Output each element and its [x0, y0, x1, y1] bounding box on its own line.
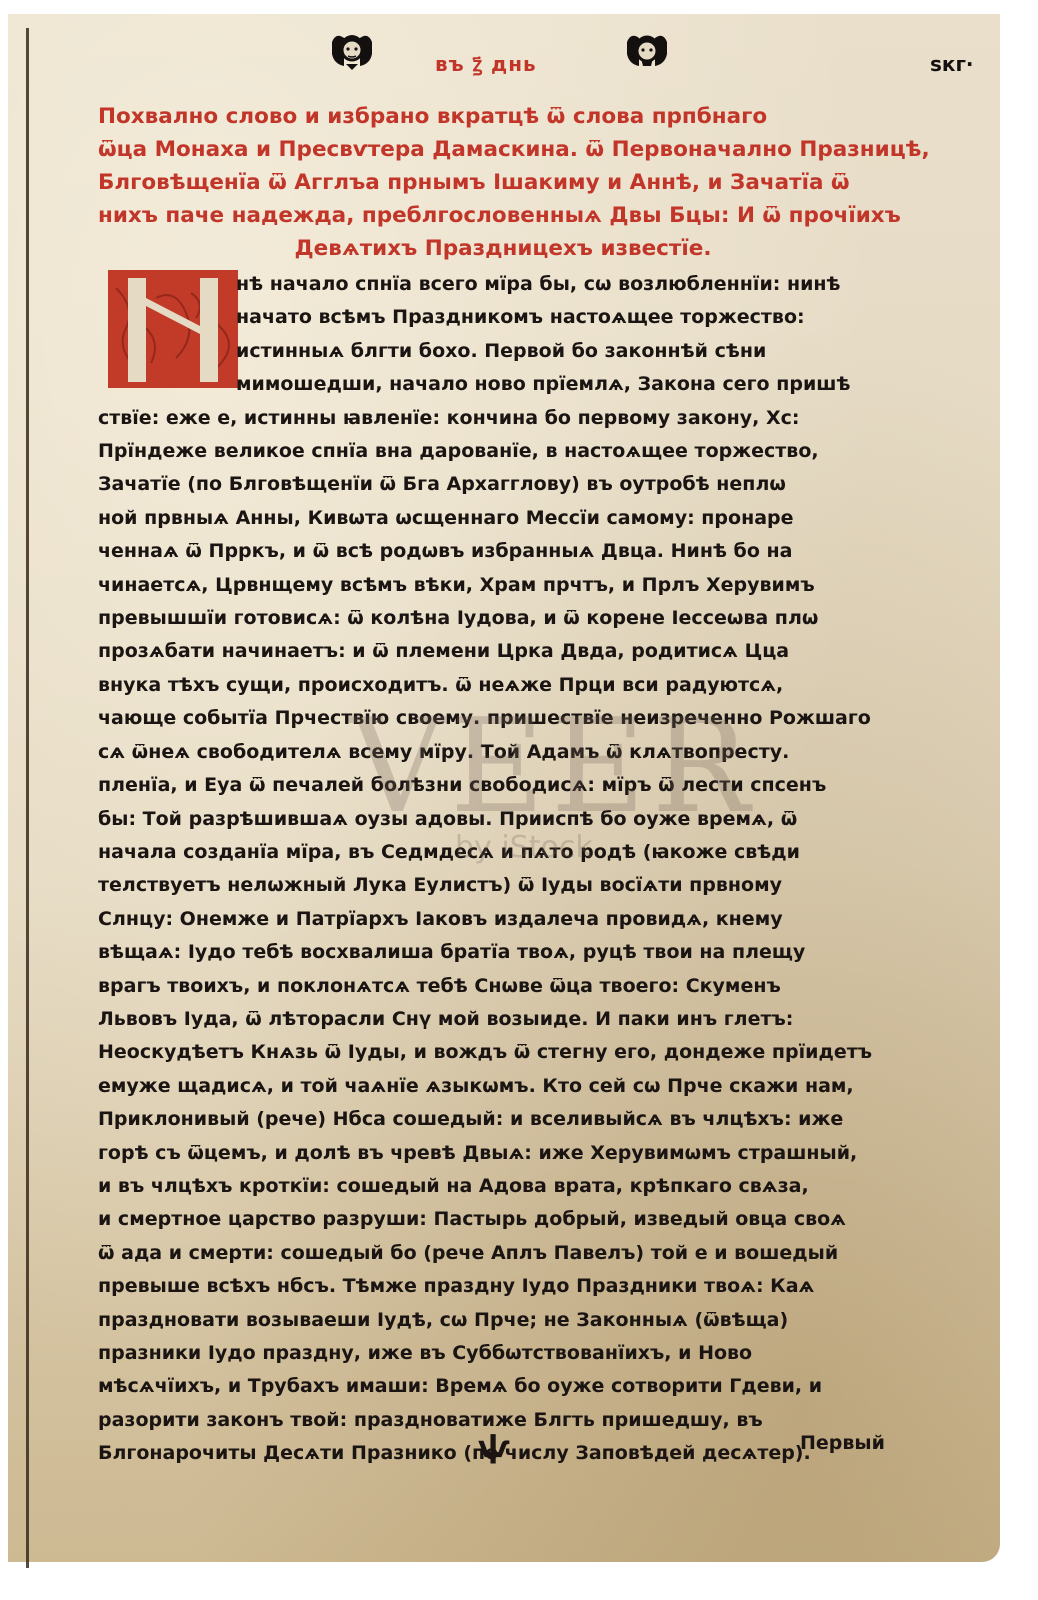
- body-line: ствїе: еже е, истинны ꙗвленїе: кончина б…: [98, 402, 908, 435]
- body-line: ѿ ада и смерти: сошедый бо (рече Аплъ Па…: [98, 1237, 908, 1270]
- rubric-title: Похвално слово и избрано вкратцѣ ѿ слова…: [98, 100, 908, 265]
- body-line: Прїндеже великое спнїа вна дарованїе, в …: [98, 435, 908, 468]
- body-line: ченнаѧ ѿ Прркъ, и ѿ всѣ родѡвъ избранныѧ…: [98, 535, 908, 568]
- body-line: истинныѧ блгти бохо. Первой бо законнѣй …: [98, 335, 908, 368]
- body-line: Приклонивый (рече) Нбса сошедый: и всели…: [98, 1103, 908, 1136]
- title-line: Похвално слово и избрано вкратцѣ ѿ слова…: [98, 100, 908, 133]
- body-line: превышшїи готовисѧ: ѿ колѣна Іудова, и ѿ…: [98, 602, 908, 635]
- body-line: нѣ начало спнїа всего мїра бы, сѡ возлюб…: [98, 268, 908, 301]
- body-line: ной првныѧ Анны, Кивѡта ѡсщеннаго Мессїи…: [98, 502, 908, 535]
- title-line: Девѧтихъ Праздницехъ известїе.: [98, 232, 908, 265]
- body-line: горѣ съ ѿцемъ, и долѣ въ чревѣ Двыѧ: иже…: [98, 1137, 908, 1170]
- watermark-subtext: by iStock: [455, 830, 593, 865]
- title-line: нихъ паче надежда, преблгословенныѧ Двы …: [98, 199, 908, 232]
- body-line: чинаетсѧ, Црвнщему всѣмъ вѣки, Храм прчт…: [98, 569, 908, 602]
- running-head: въ ꙁ҃ днь: [435, 50, 537, 77]
- body-text: нѣ начало спнїа всего мїра бы, сѡ возлюб…: [98, 268, 908, 1471]
- title-line: ѿца Монаха и Пресвѵтера Дамаскина. ѿ Пер…: [98, 133, 908, 166]
- body-line: мѣсѧчїихъ, и Трубахъ имаши: Времѧ бо оуж…: [98, 1370, 908, 1403]
- page-header: въ ꙁ҃ днь ѕкг·: [0, 30, 1000, 80]
- body-line: Зачатїе (по Блговѣщенїи ѿ Бга Архагглову…: [98, 468, 908, 501]
- cherub-icon: [330, 30, 374, 74]
- body-line: празники Іудо праздну, иже въ Суббѡтство…: [98, 1337, 908, 1370]
- body-line: вѣщаѧ: Іудо тебѣ восхвалиша братїа твоѧ,…: [98, 936, 908, 969]
- body-line: емуже щадисѧ, и той чаѧнїе ѧзыкѡмъ. Кто …: [98, 1070, 908, 1103]
- signature-mark: ѱ: [478, 1430, 510, 1465]
- body-line: Львовъ Іуда, ѿ лѣторасли Снү мой возыиде…: [98, 1003, 908, 1036]
- body-line: прозѧбати начинаетъ: и ѿ племени Црка Дв…: [98, 635, 908, 668]
- body-line: превыше всѣхъ нбсъ. Тѣмже праздну Іудо П…: [98, 1270, 908, 1303]
- body-line: Неоскудѣетъ Кнѧзь ѿ Іуды, и вождъ ѿ стег…: [98, 1036, 908, 1069]
- watermark: VEER: [350, 690, 756, 842]
- folio-number: ѕкг·: [930, 52, 974, 76]
- binding-edge: [26, 28, 29, 1568]
- body-line: начато всѣмъ Праздникомъ настоѧщее торже…: [98, 301, 908, 334]
- catchword: Первый: [800, 1432, 885, 1454]
- body-line: врагъ твоихъ, и поклонѧтсѧ тебѣ Снѡве ѿц…: [98, 970, 908, 1003]
- body-line: Слнцу: Онемже и Патрїархъ Іаковъ издалеч…: [98, 903, 908, 936]
- body-line: телствуетъ нелѡжный Лука Еулистъ) ѿ Іуды…: [98, 869, 908, 902]
- body-line: праздновати возываеши Іудѣ, сѡ Прче; не …: [98, 1304, 908, 1337]
- body-line: и смертное царство разруши: Пастырь добр…: [98, 1203, 908, 1236]
- body-line: и въ члцѣхъ кроткїи: сошедый на Адова вр…: [98, 1170, 908, 1203]
- cherub-icon: [625, 30, 669, 74]
- body-line: мимошедши, начало ново прїемлѧ, Закона с…: [98, 368, 908, 401]
- title-line: Блговѣщенїа ѿ Агглъа прнымъ Ішакиму и Ан…: [98, 166, 908, 199]
